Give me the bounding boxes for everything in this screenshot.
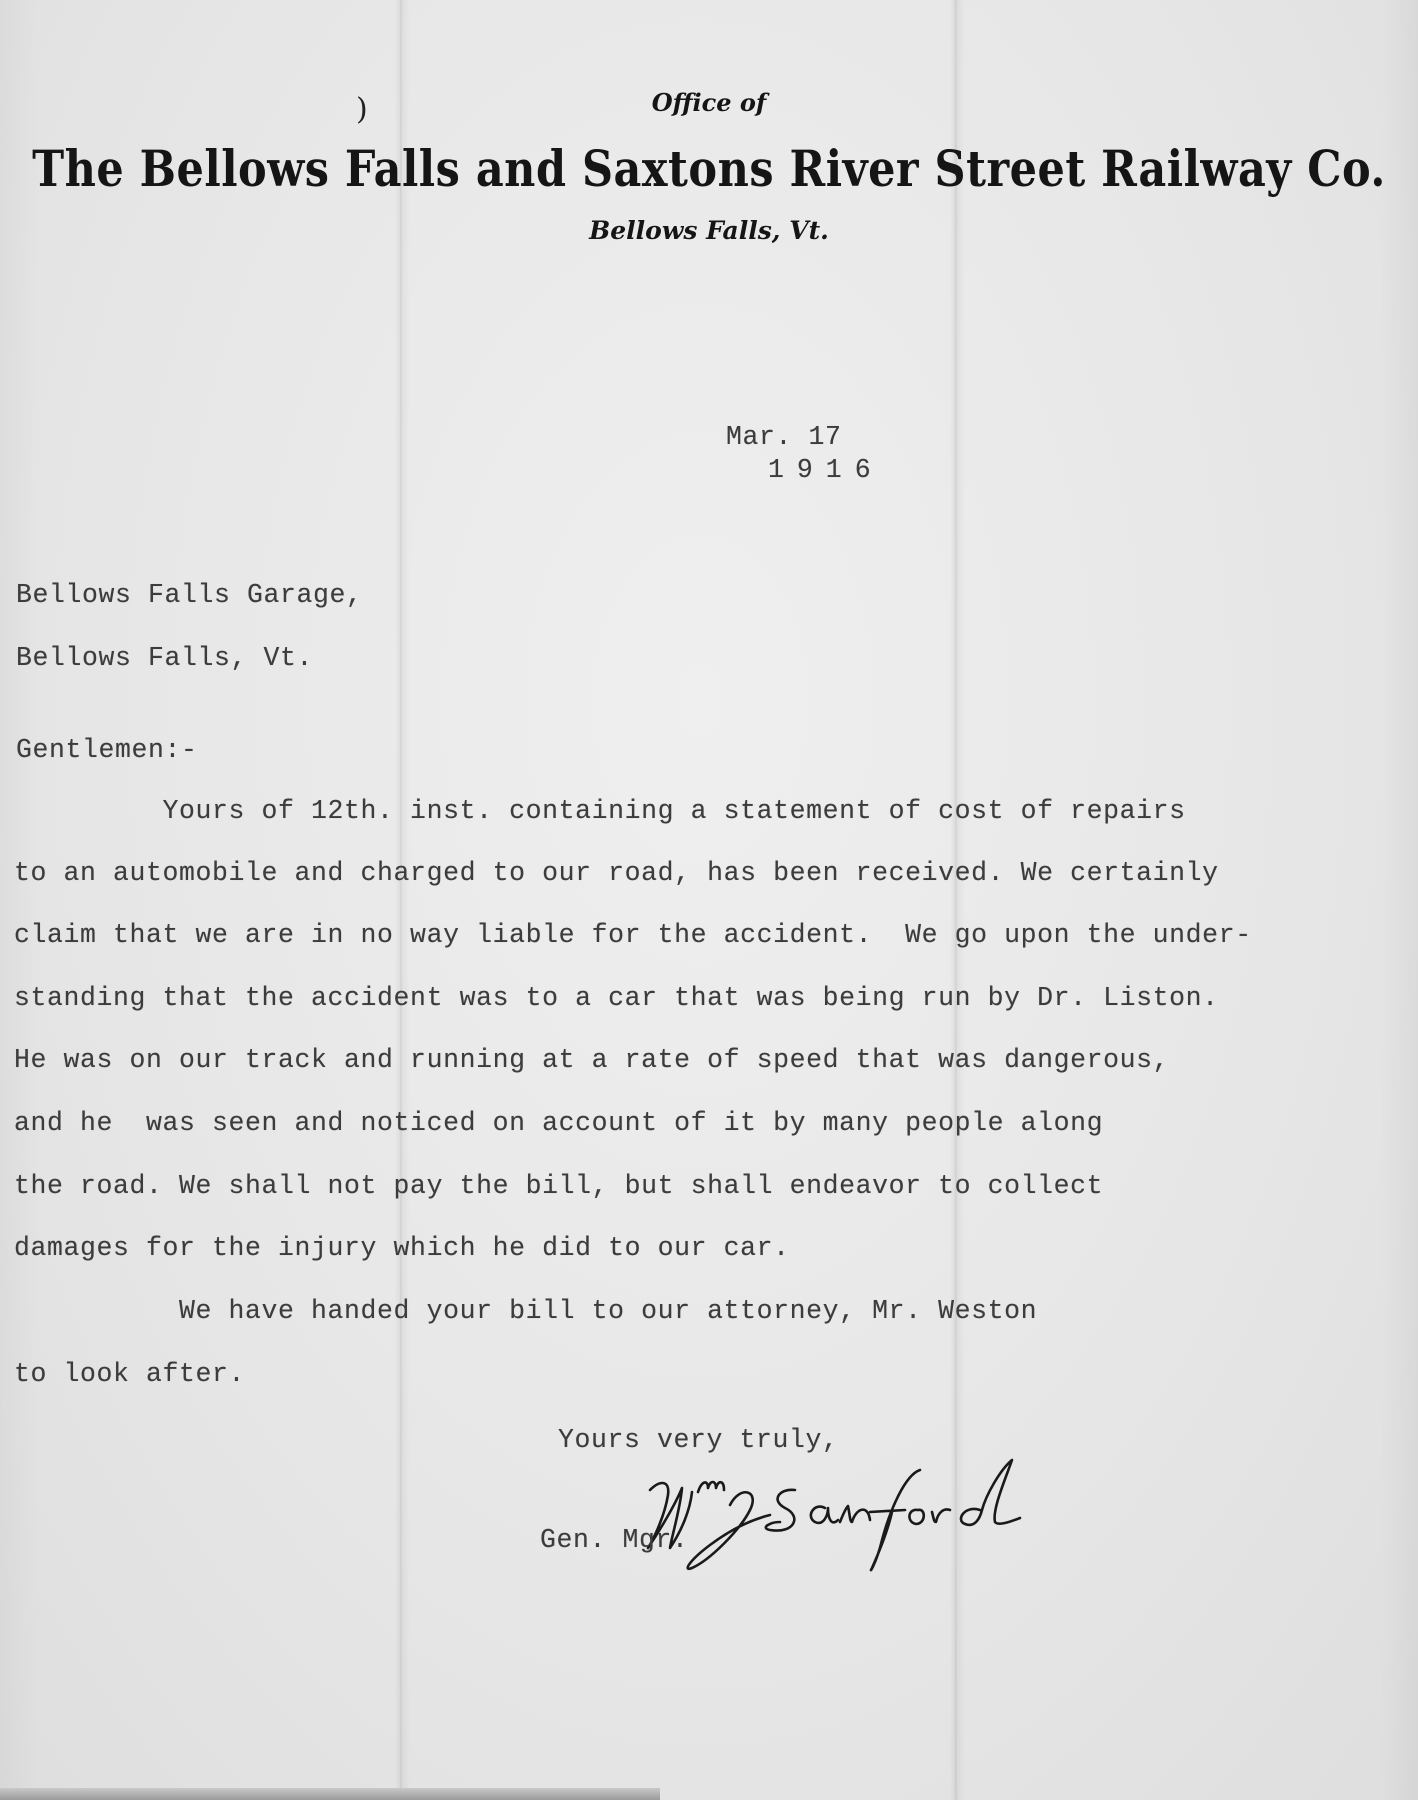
body-line: damages for the injury which he did to o… <box>14 1233 790 1263</box>
body-line: and he was seen and noticed on account o… <box>14 1108 1103 1138</box>
recipient-name: Bellows Falls Garage, <box>16 580 363 610</box>
body-line: to an automobile and charged to our road… <box>14 858 1219 888</box>
letterhead-company-name: The Bellows Falls and Saxtons River Stre… <box>0 141 1418 199</box>
body-line: the road. We shall not pay the bill, but… <box>14 1171 1103 1201</box>
body-line: claim that we are in no way liable for t… <box>14 920 1252 950</box>
photo-edge-strip <box>0 1788 660 1800</box>
body-line: to look after. <box>14 1359 245 1389</box>
body-line: Yours of 12th. inst. containing a statem… <box>14 796 1186 826</box>
signer-title: Gen. Mgr. <box>540 1525 689 1555</box>
handwritten-signature <box>620 1450 1100 1585</box>
date-year: 1916 <box>768 455 884 485</box>
letter-paper: ) Office of The Bellows Falls and Saxton… <box>0 0 1418 1800</box>
body-line: standing that the accident was to a car … <box>14 983 1219 1013</box>
letterhead-city: Bellows Falls, Vt. <box>0 216 1418 245</box>
signature-icon <box>620 1450 1100 1580</box>
fold-crease <box>400 0 402 1800</box>
salutation: Gentlemen:- <box>16 735 198 765</box>
body-line: He was on our track and running at a rat… <box>14 1045 1169 1075</box>
recipient-address: Bellows Falls, Vt. <box>16 643 313 673</box>
date-month-day: Mar. 17 <box>726 422 842 452</box>
body-line: We have handed your bill to our attorney… <box>14 1296 1037 1326</box>
letterhead-office-of: Office of <box>0 88 1418 117</box>
